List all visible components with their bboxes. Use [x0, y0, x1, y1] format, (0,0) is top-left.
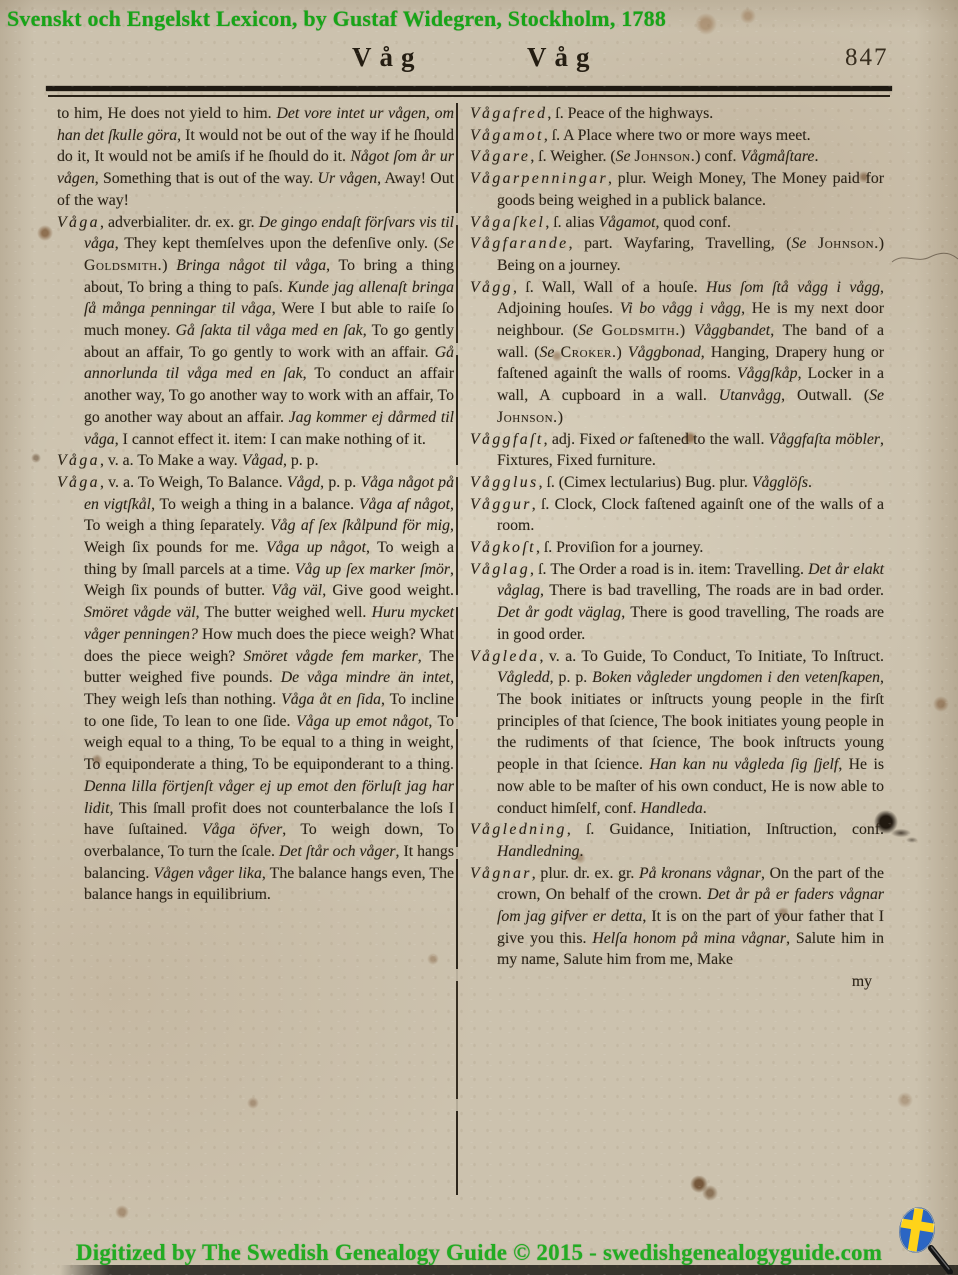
dictionary-entry: Vågledning, ſ. Guidance, Initiation, Inſ…	[470, 819, 884, 862]
header-rule-thin	[48, 95, 890, 97]
dictionary-paragraph: Våga, v. a. To Make a way. Vågad, p. p.	[57, 450, 454, 472]
magnifier-handle-icon	[931, 1248, 950, 1272]
dictionary-paragraph: Våga, v. a. To Weigh, To Balance. Vågd, …	[57, 472, 454, 906]
scan-bottom-edge	[0, 1265, 958, 1275]
right-text-column: Vågafred, ſ. Peace of the highways. Våga…	[470, 103, 884, 993]
header-word-left: Våg	[352, 42, 423, 73]
header-rule-thick	[46, 86, 892, 91]
running-header: Våg Våg 847	[0, 40, 958, 76]
header-word-right: Våg	[527, 42, 598, 73]
dictionary-entry: Vågafred, ſ. Peace of the highways.	[470, 103, 884, 125]
dictionary-entry: Vågarpenningar, plur. Weigh Money, The M…	[470, 168, 884, 211]
dictionary-paragraph: to him, He does not yield to him. Det vo…	[57, 103, 454, 212]
dictionary-paragraph: Våga, adverbialiter. dr. ex. gr. De ging…	[57, 212, 454, 451]
scan-title-overlay: Svenskt och Engelskt Lexicon, by Gustaf …	[7, 6, 666, 32]
dictionary-entry: Vågkoſt, ſ. Proviſion for a journey.	[470, 537, 884, 559]
dictionary-entry: Vågg, ſ. Wall, Wall of a houſe. Hus ſom …	[470, 277, 884, 429]
column-divider-rule	[456, 103, 458, 1195]
hairline-scratch	[890, 248, 958, 268]
dictionary-entry: Vågare, ſ. Weigher. (Se Johnson.) conf. …	[470, 146, 884, 168]
catchword: my	[470, 971, 884, 993]
swedish-flag-magnifier-logo	[893, 1202, 955, 1274]
dictionary-entry: Våggfaſt, adj. Fixed or faſtened to the …	[470, 429, 884, 472]
dictionary-entry: Våggur, ſ. Clock, Clock faſtened againſt…	[470, 494, 884, 537]
dictionary-entry: Vågglus, ſ. (Cimex lectularius) Bug. plu…	[470, 472, 884, 494]
scanned-page-background: Svenskt och Engelskt Lexicon, by Gustaf …	[0, 0, 958, 1275]
footer-credit: Digitized by The Swedish Genealogy Guide…	[0, 1240, 958, 1266]
dictionary-entry: Våglag, ſ. The Order a road is in. item:…	[470, 559, 884, 646]
dictionary-entry: Vågnar, plur. dr. ex. gr. På kronans våg…	[470, 863, 884, 972]
dictionary-entry: Vågamot, ſ. A Place where two or more wa…	[470, 125, 884, 147]
left-text-column: to him, He does not yield to him. Det vo…	[57, 103, 454, 906]
dictionary-entry: Vågleda, v. a. To Guide, To Conduct, To …	[470, 646, 884, 820]
dictionary-entry: Vågfarande, part. Wayfaring, Travelling,…	[470, 233, 884, 276]
page-number: 847	[845, 44, 889, 72]
dictionary-entry: Vågaſkel, ſ. alias Vågamot, quod conf.	[470, 212, 884, 234]
